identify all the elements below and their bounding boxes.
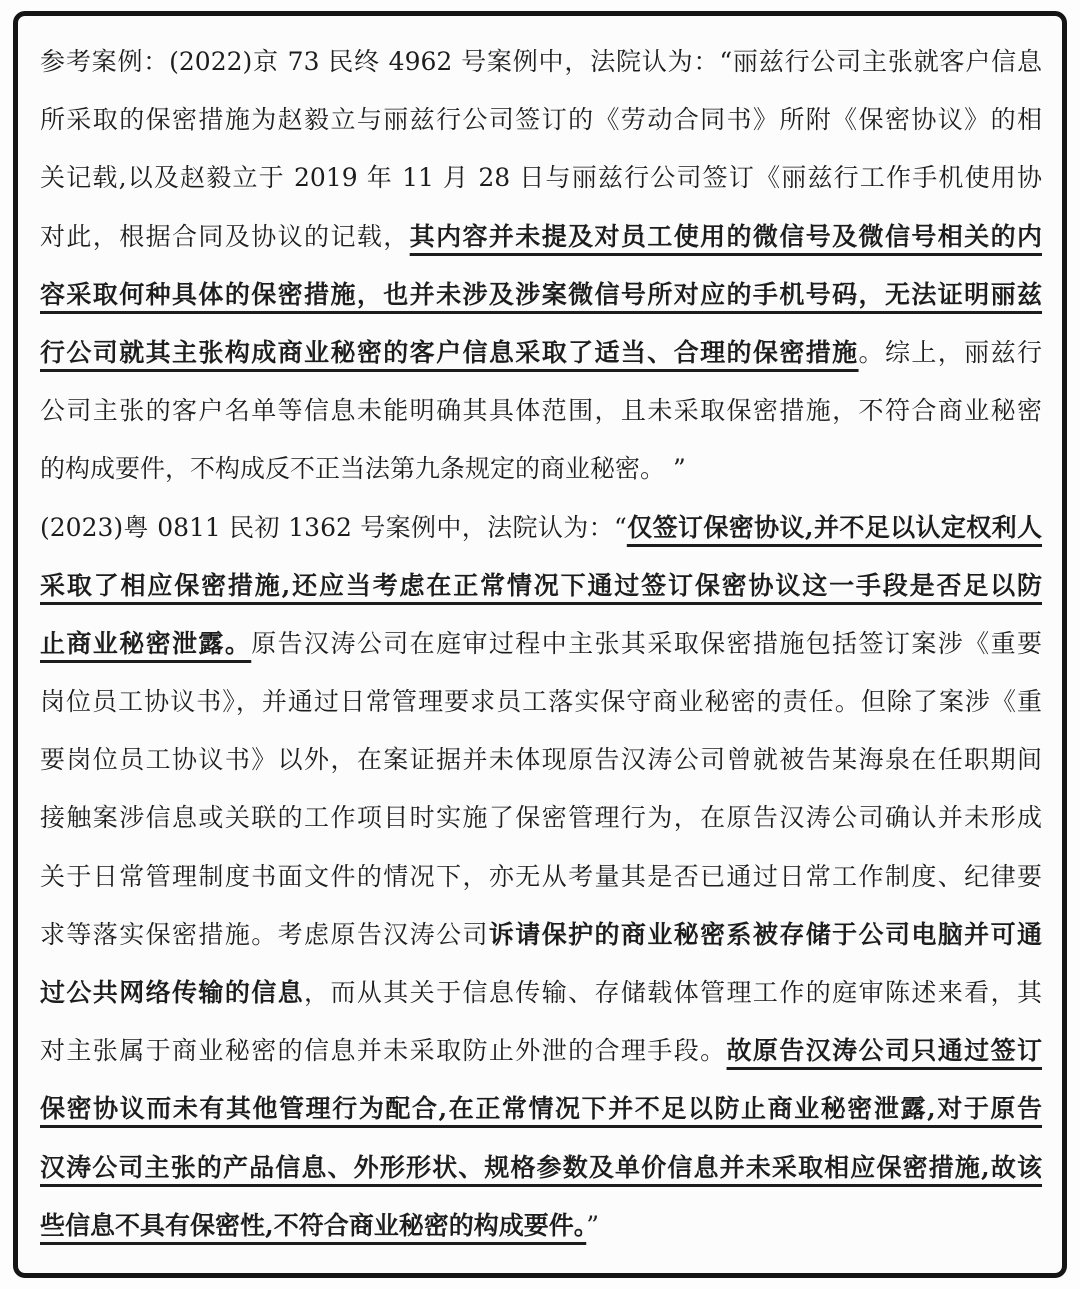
scanned-document-page: 参考案例：(2022)京 73 民终 4962 号案例中，法院认为：“丽兹行公司… — [0, 0, 1080, 1289]
page-border-frame: 参考案例：(2022)京 73 民终 4962 号案例中，法院认为：“丽兹行公司… — [13, 11, 1067, 1278]
emphasized-text-segment: 保密协议而未有其他管理行为配合,在正常情况下并不足以防止商业秘密泄露,对于原告 — [40, 1094, 1042, 1123]
emphasized-text-segment: 汉涛公司主张的产品信息、外形形状、规格参数及单价信息并未采取相应保密措施,故该 — [40, 1153, 1042, 1182]
document-body: 参考案例：(2022)京 73 民终 4962 号案例中，法院认为：“丽兹行公司… — [40, 33, 1042, 1255]
body-text-segment: 关记载,以及赵毅立于 2019 年 11 月 28 日与丽兹行公司签订《丽兹行工… — [40, 163, 1042, 207]
body-text-segment: ” — [586, 1211, 599, 1240]
text-line: 止商业秘密泄露。原告汉涛公司在庭审过程中主张其采取保密措施包括签订案涉《重要 — [40, 615, 1042, 673]
body-text-segment: 对主张属于商业秘密的信息并未采取防止外泄的合理手段。 — [40, 1036, 727, 1065]
body-text-segment: 接触案涉信息或关联的工作项目时实施了保密管理行为，在原告汉涛公司确认并未形成 — [40, 803, 1042, 832]
body-text-segment: 对此，根据合同及协议的记载， — [40, 222, 410, 251]
emphasized-text-segment: 其内容并未提及对员工使用的微信号及微信号相关的内 — [410, 222, 1042, 251]
text-line: 接触案涉信息或关联的工作项目时实施了保密管理行为，在原告汉涛公司确认并未形成 — [40, 789, 1042, 847]
text-line: 的构成要件，不构成反不正当法第九条规定的商业秘密。 ” — [40, 440, 1042, 498]
text-line: 采取了相应保密措施,还应当考虑在正常情况下通过签订保密协议这一手段是否足以防 — [40, 557, 1042, 615]
text-line: 参考案例：(2022)京 73 民终 4962 号案例中，法院认为：“丽兹行公司… — [40, 33, 1042, 91]
text-line: (2023)粤 0811 民初 1362 号案例中，法院认为：“仅签订保密协议,… — [40, 499, 1042, 557]
emphasized-text-segment: 容采取何种具体的保密措施，也并未涉及涉案微信号所对应的手机号码，无法证明丽兹 — [40, 280, 1042, 309]
body-text-segment: 关于日常管理制度书面文件的情况下，亦无从考量其是否已通过日常工作制度、纪律要 — [40, 862, 1042, 891]
body-text-segment: 原告汉涛公司在庭审过程中主张其采取保密措施包括签订案涉《重要 — [251, 629, 1042, 658]
text-line: 要岗位员工协议书》以外，在案证据并未体现原告汉涛公司曾就被告某海泉在任职期间 — [40, 731, 1042, 789]
body-text-segment: 要岗位员工协议书》以外，在案证据并未体现原告汉涛公司曾就被告某海泉在任职期间 — [40, 745, 1042, 774]
emphasized-text-segment: 诉请保护的商业秘密系被存储于公司电脑并可通 — [489, 920, 1042, 949]
emphasized-text-segment: 行公司就其主张构成商业秘密的客户信息采取了适当、合理的保密措施 — [40, 338, 859, 367]
emphasized-text-segment: 采取了相应保密措施,还应当考虑在正常情况下通过签订保密协议这一手段是否足以防 — [40, 571, 1042, 600]
text-line: 容采取何种具体的保密措施，也并未涉及涉案微信号所对应的手机号码，无法证明丽兹 — [40, 266, 1042, 324]
text-line: 公司主张的客户名单等信息未能明确其具体范围，且未采取保密措施，不符合商业秘密 — [40, 382, 1042, 440]
body-text-segment: 公司主张的客户名单等信息未能明确其具体范围，且未采取保密措施，不符合商业秘密 — [40, 396, 1042, 425]
text-line: 关记载,以及赵毅立于 2019 年 11 月 28 日与丽兹行公司签订《丽兹行工… — [40, 149, 1042, 207]
text-line: 对主张属于商业秘密的信息并未采取防止外泄的合理手段。故原告汉涛公司只通过签订 — [40, 1022, 1042, 1080]
body-text-segment: 所采取的保密措施为赵毅立与丽兹行公司签订的《劳动合同书》所附《保密协议》的相 — [40, 105, 1042, 134]
body-text-segment: 的构成要件，不构成反不正当法第九条规定的商业秘密。 ” — [40, 454, 686, 483]
body-text-segment: (2023)粤 0811 民初 1362 号案例中，法院认为：“ — [40, 513, 627, 542]
text-line: 所采取的保密措施为赵毅立与丽兹行公司签订的《劳动合同书》所附《保密协议》的相 — [40, 91, 1042, 149]
body-text-segment: ，而从其关于信息传输、存储载体管理工作的庭审陈述来看，其 — [304, 978, 1042, 1007]
text-line: 关于日常管理制度书面文件的情况下，亦无从考量其是否已通过日常工作制度、纪律要 — [40, 848, 1042, 906]
emphasized-text-segment: 些信息不具有保密性,不符合商业秘密的构成要件。 — [40, 1211, 586, 1240]
text-line: 过公共网络传输的信息，而从其关于信息传输、存储载体管理工作的庭审陈述来看，其 — [40, 964, 1042, 1022]
emphasized-text-segment: 故原告汉涛公司只通过签订 — [727, 1036, 1042, 1065]
body-text-segment: 岗位员工协议书》，并通过日常管理要求员工落实保守商业秘密的责任。但除了案涉《重 — [40, 687, 1042, 716]
body-text-segment: 。综上，丽兹行 — [859, 338, 1042, 367]
emphasized-text-segment: 仅签订保密协议,并不足以认定权利人 — [627, 513, 1042, 542]
text-line: 对此，根据合同及协议的记载，其内容并未提及对员工使用的微信号及微信号相关的内 — [40, 208, 1042, 266]
text-line: 保密协议而未有其他管理行为配合,在正常情况下并不足以防止商业秘密泄露,对于原告 — [40, 1080, 1042, 1138]
emphasized-text-segment: 止商业秘密泄露。 — [40, 629, 251, 658]
text-line: 求等落实保密措施。考虑原告汉涛公司诉请保护的商业秘密系被存储于公司电脑并可通 — [40, 906, 1042, 964]
text-line: 岗位员工协议书》，并通过日常管理要求员工落实保守商业秘密的责任。但除了案涉《重 — [40, 673, 1042, 731]
body-text-segment: 参考案例：(2022)京 73 民终 4962 号案例中，法院认为：“丽兹行公司… — [40, 47, 1042, 76]
text-line: 些信息不具有保密性,不符合商业秘密的构成要件。” — [40, 1197, 1042, 1255]
text-line: 汉涛公司主张的产品信息、外形形状、规格参数及单价信息并未采取相应保密措施,故该 — [40, 1139, 1042, 1197]
emphasized-text-segment: 过公共网络传输的信息 — [40, 978, 304, 1007]
text-line: 行公司就其主张构成商业秘密的客户信息采取了适当、合理的保密措施。综上，丽兹行 — [40, 324, 1042, 382]
body-text-segment: 求等落实保密措施。考虑原告汉涛公司 — [40, 920, 489, 949]
